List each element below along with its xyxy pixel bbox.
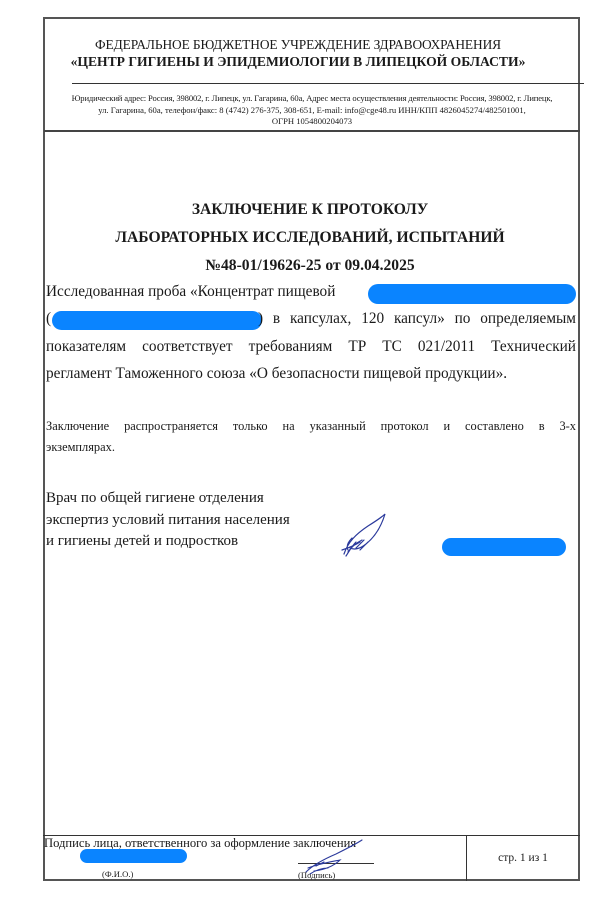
address-line-3: ОГРН 1054800204073 [44,116,580,128]
signatory-line-1: Врач по общей гигиене отделения [46,488,290,510]
conclusion-line-4: регламент Таможенного союза «О безопасно… [46,365,576,383]
redacted-product-detail [52,311,262,330]
redacted-product-name [368,284,576,304]
conclusion-line-3: показателям соответствует требованиям ТР… [46,338,576,356]
conclusion-line-2: ) в капсулах, 120 капсул» по определяемы… [258,310,576,328]
name-caption: (Ф.И.О.) [102,869,133,879]
org-name: «ЦЕНТР ГИГИЕНЫ И ЭПИДЕМИОЛОГИИ В ЛИПЕЦКО… [0,54,596,70]
page-number: стр. 1 из 1 [466,852,580,864]
org-type: ФЕДЕРАЛЬНОЕ БЮДЖЕТНОЕ УЧРЕЖДЕНИЕ ЗДРАВОО… [0,37,596,53]
address-line-2: ул. Гагарина, 60а, телефон/факс: 8 (4742… [44,105,580,117]
scope-note-line-1: Заключение распространяется только на ук… [46,419,576,434]
redacted-signatory-name [442,538,566,556]
signatory-line-2: экспертиз условий питания населения [46,510,290,532]
redacted-responsible-name [80,849,187,863]
doc-title-line-1: ЗАКЛЮЧЕНИЕ К ПРОТОКОЛУ [0,201,596,219]
header-divider [72,83,584,84]
address-line-1: Юридический адрес: Россия, 398002, г. Ли… [44,93,580,105]
signatory-line-3: и гигиены детей и подростков [46,531,290,553]
scope-note-line-2: экземплярах. [46,440,576,455]
address-divider [44,130,580,132]
signature-icon [338,512,388,558]
doc-title-line-2: ЛАБОРАТОРНЫХ ИССЛЕДОВАНИЙ, ИСПЫТАНИЙ [0,229,596,247]
org-address: Юридический адрес: Россия, 398002, г. Ли… [44,93,580,128]
signatory-title: Врач по общей гигиене отделения эксперти… [46,488,290,553]
signature-caption: (Подпись) [298,870,335,880]
conclusion-line-1: Исследованная проба «Концентрат пищевой [46,283,376,301]
doc-number-date: №48-01/19626-25 от 09.04.2025 [0,257,596,275]
